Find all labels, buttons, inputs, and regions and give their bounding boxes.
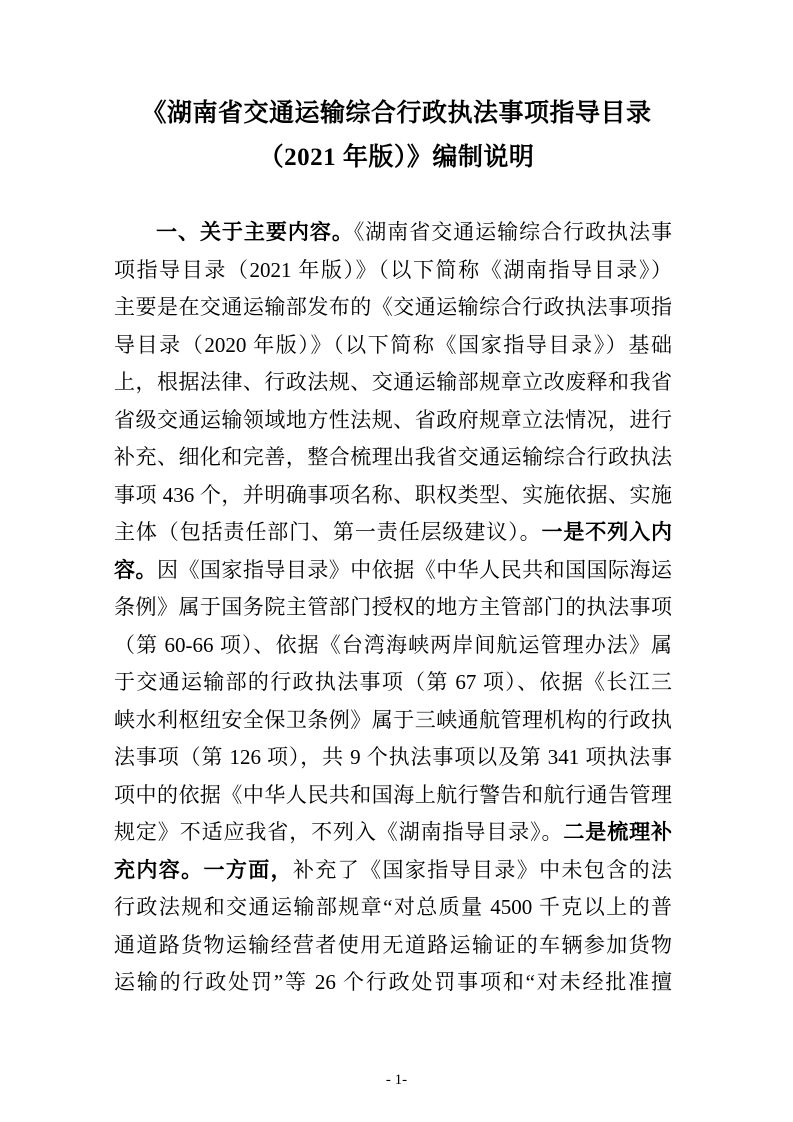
body-line-5: 上，根据法律、行政法规、交通运输部规章立改废释和我省 bbox=[114, 364, 672, 402]
text-segment: 条例》属于国务院主管部门授权的地方主管部门的执法事项 bbox=[114, 595, 672, 619]
body-line-1: 一、关于主要内容。《湖南省交通运输综合行政执法事 bbox=[114, 214, 672, 252]
body-line-11: 条例》属于国务院主管部门授权的地方主管部门的执法事项 bbox=[114, 589, 672, 627]
text-segment: 上，根据法律、行政法规、交通运输部规章立改废释和我省 bbox=[114, 370, 672, 394]
text-segment: 规定》不适应我省，不列入《湖南指导目录》。 bbox=[114, 820, 563, 844]
body-line-18: 充内容。一方面，补充了《国家指导目录》中未包含的法律、 bbox=[114, 852, 672, 890]
bold-text-segment: 一、关于主要内容。 bbox=[156, 220, 354, 244]
text-segment: 于交通运输部的行政执法事项（第 67 项）、依据《长江三 bbox=[114, 670, 672, 694]
text-segment: 项指导目录（2021 年版）》（以下简称《湖南指导目录》） bbox=[114, 258, 672, 282]
body-line-16: 项中的依据《中华人民共和国海上航行警告和航行通告管理 bbox=[114, 777, 672, 815]
text-segment: 行政法规和交通运输部规章“对总质量 4500 千克以上的普 bbox=[114, 895, 672, 919]
text-segment: 补充、细化和完善，整合梳理出我省交通运输综合行政执法 bbox=[114, 445, 672, 469]
text-segment: 导目录（2020 年版）》（以下简称《国家指导目录》）基础 bbox=[114, 333, 672, 357]
body-line-8: 事项 436 个，并明确事项名称、职权类型、实施依据、实施 bbox=[114, 477, 672, 515]
page-number: - 1- bbox=[386, 1072, 407, 1088]
bold-text-segment: 二是梳理补 bbox=[563, 820, 672, 844]
title-line-2: （2021 年版）》编制说明 bbox=[0, 136, 793, 180]
body-line-9: 主体（包括责任部门、第一责任层级建议）。一是不列入内 bbox=[114, 514, 672, 552]
text-segment: 峡水利枢纽安全保卫条例》属于三峡通航管理机构的行政执 bbox=[114, 708, 672, 732]
body-line-2: 项指导目录（2021 年版）》（以下简称《湖南指导目录》） bbox=[114, 252, 672, 290]
text-segment: 运输的行政处罚”等 26 个行政处罚事项和“对未经批准擅 bbox=[114, 970, 672, 994]
text-segment: 项中的依据《中华人民共和国海上航行警告和航行通告管理 bbox=[114, 783, 672, 807]
document-title: 《湖南省交通运输综合行政执法事项指导目录 （2021 年版）》编制说明 bbox=[0, 92, 793, 180]
text-segment: 通道路货物运输经营者使用无道路运输证的车辆参加货物 bbox=[114, 933, 672, 957]
bold-text-segment: 充内容。一方面， bbox=[114, 858, 293, 882]
body-line-7: 补充、细化和完善，整合梳理出我省交通运输综合行政执法 bbox=[114, 439, 672, 477]
text-segment: （第 60-66 项）、依据《台湾海峡两岸间航运管理办法》属 bbox=[114, 633, 672, 657]
body-line-15: 法事项（第 126 项），共 9 个执法事项以及第 341 项执法事 bbox=[114, 739, 672, 777]
body-line-12: （第 60-66 项）、依据《台湾海峡两岸间航运管理办法》属 bbox=[114, 627, 672, 665]
bold-text-segment: 容。 bbox=[114, 558, 157, 582]
text-segment: 省级交通运输领域地方性法规、省政府规章立法情况，进行 bbox=[114, 408, 672, 432]
text-segment: 《湖南省交通运输综合行政执法事 bbox=[354, 220, 672, 244]
body-line-4: 导目录（2020 年版）》（以下简称《国家指导目录》）基础 bbox=[114, 327, 672, 365]
text-segment: 事项 436 个，并明确事项名称、职权类型、实施依据、实施 bbox=[114, 483, 672, 507]
body-line-19: 行政法规和交通运输部规章“对总质量 4500 千克以上的普 bbox=[114, 889, 672, 927]
document-page: 《湖南省交通运输综合行政执法事项指导目录 （2021 年版）》编制说明 一、关于… bbox=[0, 0, 793, 1122]
text-segment: 主要是在交通运输部发布的《交通运输综合行政执法事项指 bbox=[114, 295, 672, 319]
body-line-10: 容。因《国家指导目录》中依据《中华人民共和国国际海运 bbox=[114, 552, 672, 590]
title-line-1: 《湖南省交通运输综合行政执法事项指导目录 bbox=[0, 92, 793, 136]
text-segment: 法事项（第 126 项），共 9 个执法事项以及第 341 项执法事 bbox=[114, 745, 672, 769]
page-footer: - 1- bbox=[0, 1070, 793, 1090]
body-line-14: 峡水利枢纽安全保卫条例》属于三峡通航管理机构的行政执 bbox=[114, 702, 672, 740]
text-segment: 主体（包括责任部门、第一责任层级建议）。 bbox=[114, 520, 542, 544]
body-line-13: 于交通运输部的行政执法事项（第 67 项）、依据《长江三 bbox=[114, 664, 672, 702]
document-body: 一、关于主要内容。《湖南省交通运输综合行政执法事项指导目录（2021 年版）》（… bbox=[114, 214, 672, 1002]
body-line-21: 运输的行政处罚”等 26 个行政处罚事项和“对未经批准擅 bbox=[114, 964, 672, 1002]
body-line-6: 省级交通运输领域地方性法规、省政府规章立法情况，进行 bbox=[114, 402, 672, 440]
text-segment: 因《国家指导目录》中依据《中华人民共和国国际海运 bbox=[157, 558, 672, 582]
body-line-3: 主要是在交通运输部发布的《交通运输综合行政执法事项指 bbox=[114, 289, 672, 327]
body-line-17: 规定》不适应我省，不列入《湖南指导目录》。二是梳理补 bbox=[114, 814, 672, 852]
bold-text-segment: 一是不列入内 bbox=[542, 520, 673, 544]
body-line-20: 通道路货物运输经营者使用无道路运输证的车辆参加货物 bbox=[114, 927, 672, 965]
